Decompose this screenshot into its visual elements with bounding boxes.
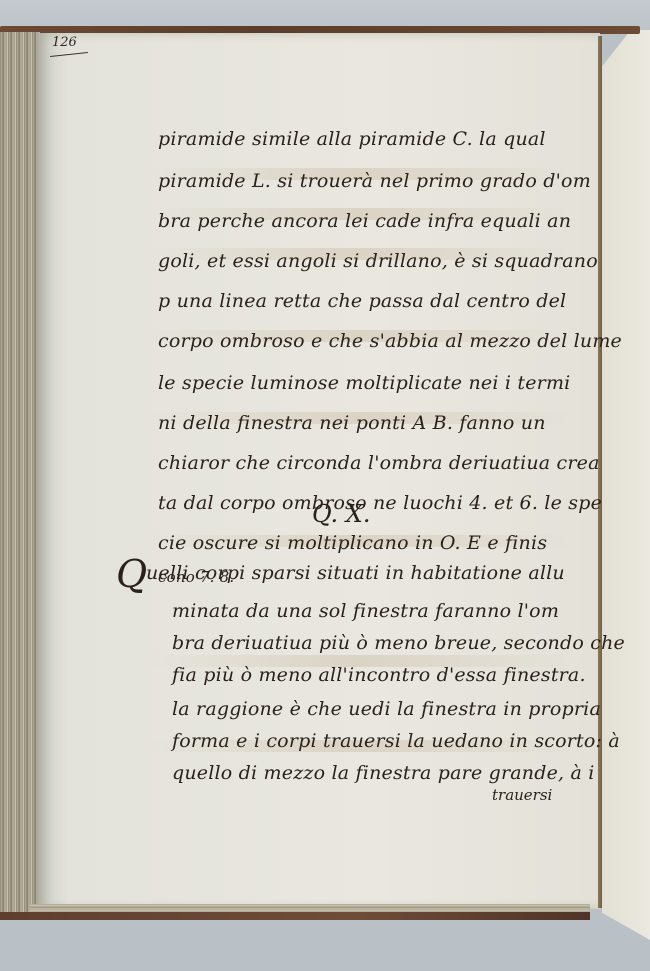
text-line: ni della finestra nei ponti A B. fanno u… [158,412,546,434]
text-line: la raggione è che uedi la finestra in pr… [172,698,601,720]
text-line: quello di mezzo la finestra pare grande,… [172,762,595,784]
text-line: bra deriuatiua più ò meno breue, secondo… [172,632,625,654]
text-line: chiaror che circonda l'ombra deriuatiua … [158,452,600,474]
text-line: uelli corpi sparsi situati in habitation… [146,562,565,584]
text-line: le specie luminose moltiplicate nei i te… [158,372,570,394]
text-line: corpo ombroso e che s'abbia al mezzo del… [158,330,622,352]
text-line: goli, et essi angoli si drillano, è si s… [158,250,598,272]
text-line: cie oscure si moltiplicano in O. E e fin… [158,532,547,554]
section-heading: Q. X. [312,500,370,528]
catchword: trauersi [492,786,552,804]
page-stack-left [0,32,40,916]
text-line: fia più ò meno all'incontro d'essa fines… [172,664,586,686]
text-line: p una linea retta che passa dal centro d… [158,290,566,312]
text-line: bra perche ancora lei cade infra equali … [158,210,571,232]
text-line: piramide L. si trouerà nel primo grado d… [158,170,591,192]
folio-number: 126 [52,35,77,50]
binding-bottom-edge [0,912,590,920]
text-line: forma e i corpi trauersi la uedano in sc… [172,730,620,752]
text-line: piramide simile alla piramide C. la qual [158,128,546,150]
text-line: minata da una sol finestra faranno l'om [172,600,559,622]
initial-letter: Q [116,552,147,596]
text-line: ta dal corpo ombroso ne luochi 4. et 6. … [158,492,602,514]
facing-page-edge [602,30,650,940]
